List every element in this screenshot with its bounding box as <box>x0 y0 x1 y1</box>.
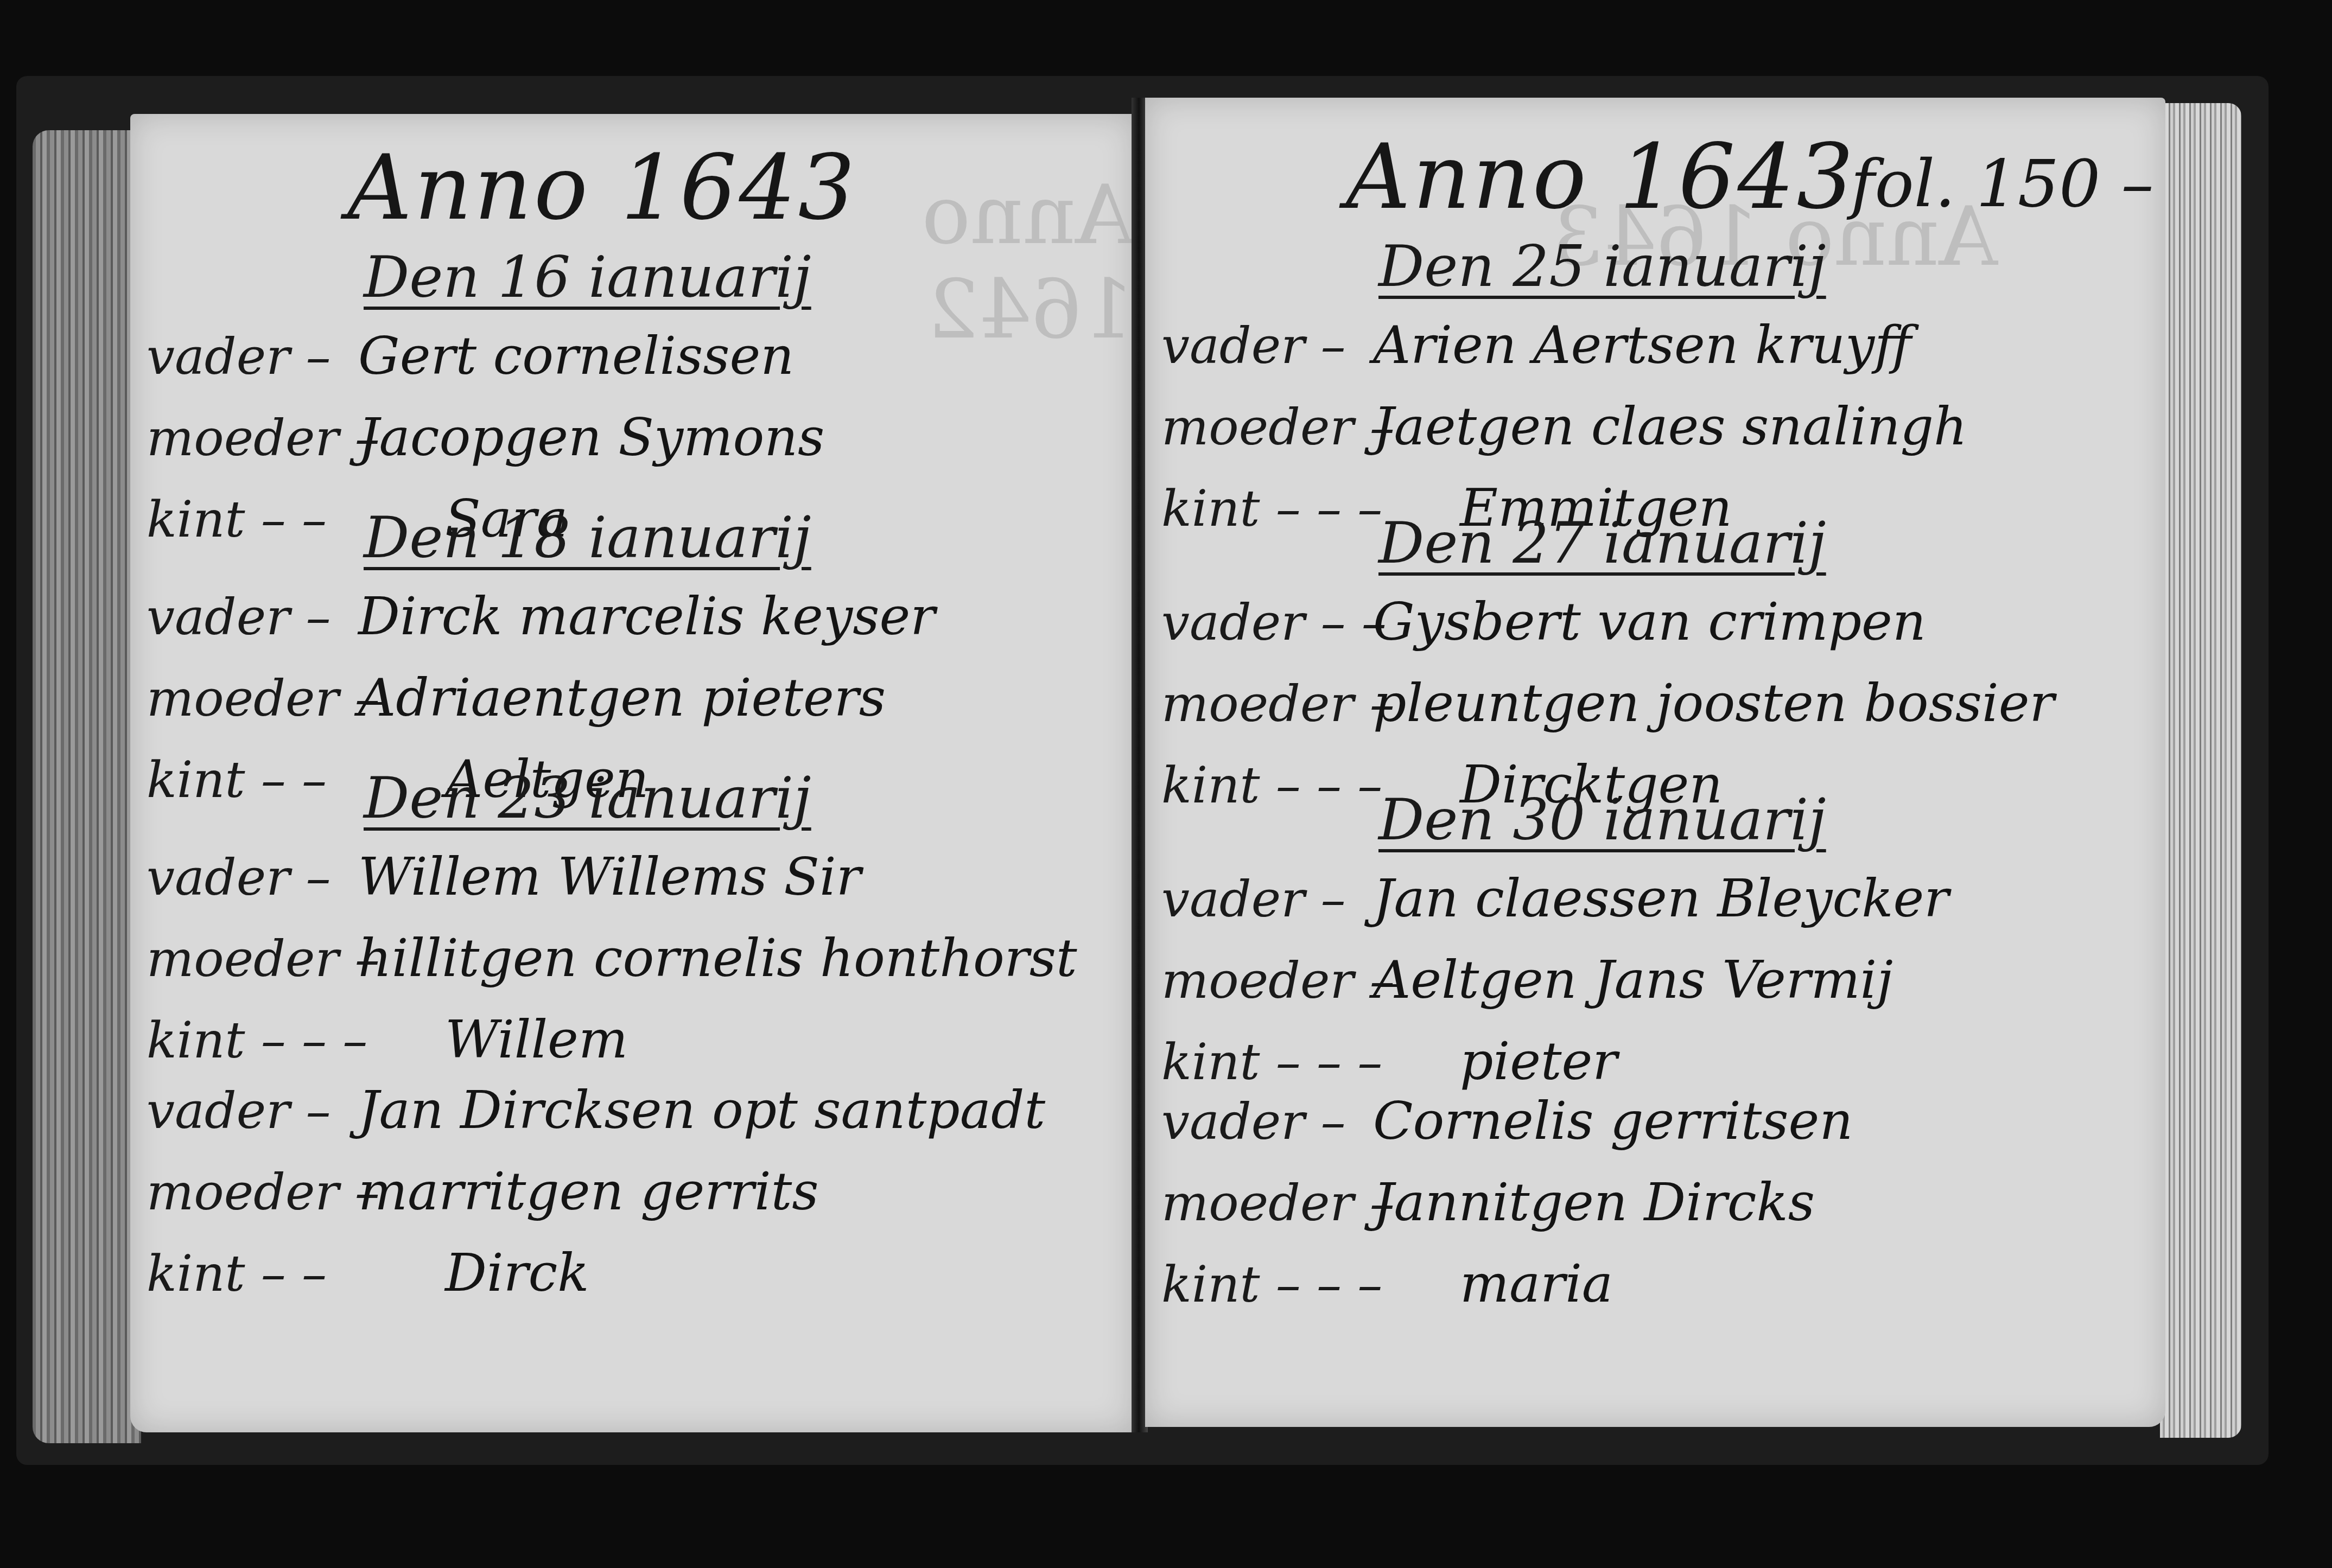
father-name: Willem Willems Sir <box>358 846 861 907</box>
moeder-label: moeder – <box>1161 398 1373 456</box>
entry-date: Den 30 ianuarij <box>1378 787 1949 868</box>
moeder-label: moeder – <box>1161 1174 1373 1232</box>
entry-date: Den 18 ianuarij <box>364 505 935 586</box>
vader-label: vader – <box>147 328 358 386</box>
vader-label: vader – <box>1161 317 1373 375</box>
moeder-label: moeder – <box>147 930 358 988</box>
entry-date: Den 25 ianuarij <box>1378 233 1967 315</box>
moeder-label: moeder – <box>1161 675 1373 733</box>
child-name: maria <box>1460 1253 1613 1314</box>
folio-number: fol. 150 – <box>1851 146 2154 222</box>
left-page: Anno 1642 Anno 1643 Den 16 ianuarij vade… <box>130 114 1134 1432</box>
entry-date: Den 16 ianuarij <box>364 244 824 326</box>
child-name: pieter <box>1460 1031 1617 1092</box>
entry-date: Den 23 ianuarij <box>364 765 1077 846</box>
father-name: Gysbert van crimpen <box>1373 591 1926 652</box>
baptism-entry: Den 23 ianuarij vader –Willem Willems Si… <box>147 765 1077 1091</box>
kint-label: kint – – – <box>1161 1033 1373 1091</box>
right-page-edges <box>2160 103 2241 1438</box>
baptism-entry: Den 30 ianuarij vader –Jan claessen Bley… <box>1161 787 1949 1112</box>
mother-name: Aeltgen Jans Vermij <box>1373 949 1893 1010</box>
vader-label: vader – – <box>1161 594 1373 652</box>
mother-name: marritgen gerrits <box>358 1161 819 1222</box>
vader-label: vader – <box>1161 1093 1373 1151</box>
father-name: Jan Dircksen opt santpadt <box>358 1080 1045 1140</box>
child-name: Dirck <box>445 1242 589 1303</box>
moeder-label: moeder – <box>147 1163 358 1221</box>
baptism-entry: vader –Cornelis gerritsen moeder –Jannit… <box>1161 1091 1853 1335</box>
father-name: Jan claessen Bleycker <box>1373 868 1949 929</box>
moeder-label: moeder – <box>1161 952 1373 1010</box>
father-name: Cornelis gerritsen <box>1373 1091 1853 1151</box>
moeder-label: moeder – <box>147 670 358 728</box>
mother-name: Adriaentgen pieters <box>358 667 886 728</box>
child-name: Willem <box>445 1009 628 1070</box>
father-name: Arien Aertsen kruyff <box>1373 315 1911 375</box>
mother-name: hillitgen cornelis honthorst <box>358 928 1077 989</box>
moeder-label: moeder – <box>147 409 358 467</box>
right-page-title: Anno 1643 <box>1346 125 1856 229</box>
vader-label: vader – <box>1161 870 1373 928</box>
vader-label: vader – <box>147 1082 358 1140</box>
vader-label: vader – <box>147 588 358 646</box>
mother-name: Jacopgen Symons <box>358 407 824 468</box>
mother-name: Jaetgen claes snalingh <box>1373 396 1967 457</box>
vader-label: vader – <box>147 849 358 907</box>
kint-label: kint – – <box>147 1245 358 1303</box>
entry-date: Den 27 ianuarij <box>1378 510 2054 591</box>
baptism-entry: vader –Jan Dircksen opt santpadt moeder … <box>147 1080 1045 1324</box>
mother-name: Jannitgen Dircks <box>1373 1172 1815 1233</box>
left-page-title: Anno 1643 <box>347 136 857 240</box>
kint-label: kint – – – <box>1161 1255 1373 1314</box>
left-page-edges <box>33 130 141 1443</box>
right-page: Anno 1643 Anno 1643 fol. 150 – Den 25 ia… <box>1145 98 2165 1427</box>
mother-name: pleuntgen joosten bossier <box>1373 673 2054 734</box>
kint-label: kint – – – <box>147 1011 358 1069</box>
father-name: Dirck marcelis keyser <box>358 586 935 647</box>
father-name: Gert cornelissen <box>358 326 794 386</box>
